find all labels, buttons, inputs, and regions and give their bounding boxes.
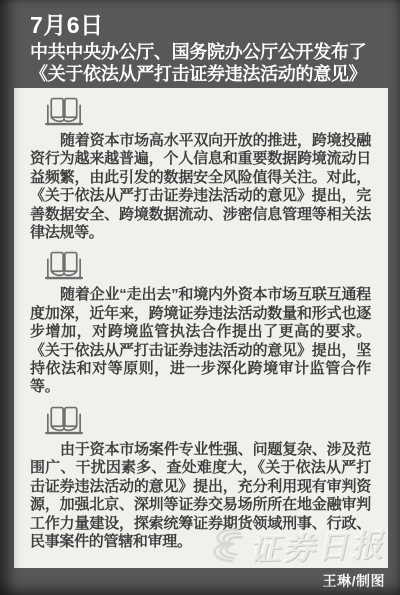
- header-line-2: 《关于依法从严打击证券违法活动的意见》: [30, 63, 382, 85]
- open-book-icon: [44, 405, 84, 439]
- section-1: 随着资本市场高水平双向开放的推进，跨境投融资行为越来越普遍，个人信息和重要数据跨…: [14, 88, 388, 242]
- section-paragraph: 随着企业“走出去”和境内外资本市场互联互通程度加深，近年来，跨境证券违法活动数量…: [30, 286, 371, 396]
- content-panel: 随着资本市场高水平双向开放的推进，跨境投融资行为越来越普遍，个人信息和重要数据跨…: [14, 88, 388, 568]
- open-book-icon: [44, 96, 84, 130]
- header: 7月6日 中共中央办公厅、国务院办公厅公开发布了 《关于依法从严打击证券违法活动…: [30, 12, 382, 85]
- section-3: 由于资本市场案件专业性强、问题复杂、涉及范围广、干扰因素多、查处难度大，《关于依…: [14, 397, 388, 551]
- header-line-1: 中共中央办公厅、国务院办公厅公开发布了: [30, 41, 382, 63]
- section-2: 随着企业“走出去”和境内外资本市场互联互通程度加深，近年来，跨境证券违法活动数量…: [14, 242, 388, 396]
- open-book-icon: [44, 250, 84, 284]
- infographic-card: 7月6日 中共中央办公厅、国务院办公厅公开发布了 《关于依法从严打击证券违法活动…: [0, 0, 400, 595]
- section-paragraph: 随着资本市场高水平双向开放的推进，跨境投融资行为越来越普遍，个人信息和重要数据跨…: [30, 132, 371, 242]
- section-paragraph: 由于资本市场案件专业性强、问题复杂、涉及范围广、干扰因素多、查处难度大，《关于依…: [30, 441, 371, 551]
- credit: 王琳/制图: [323, 571, 385, 591]
- header-date: 7月6日: [30, 12, 382, 39]
